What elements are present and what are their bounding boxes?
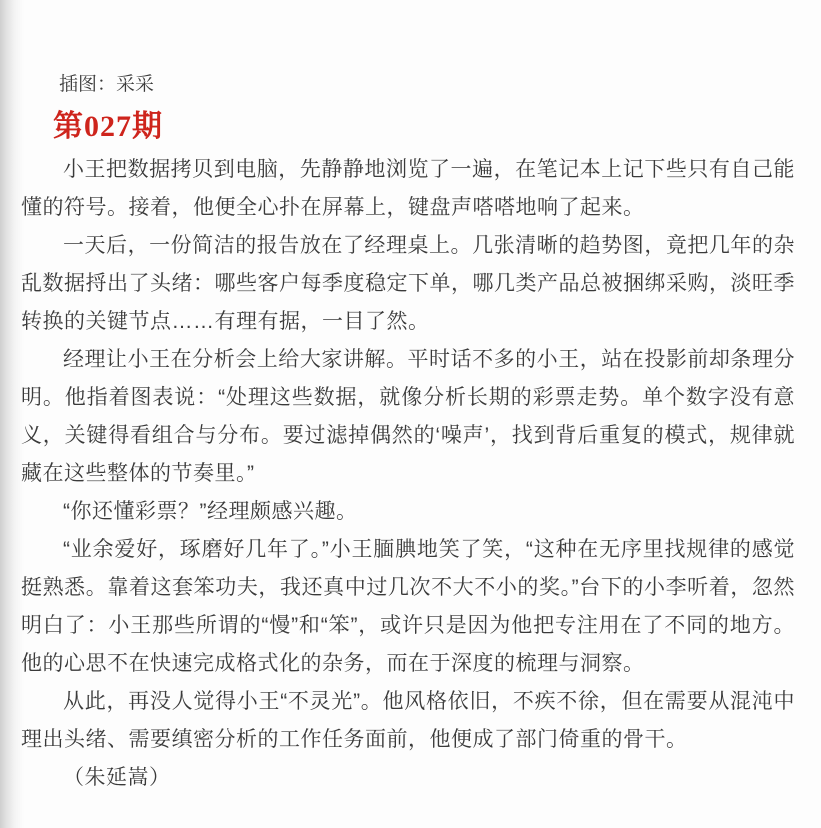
issue-title: 第027期 <box>21 110 795 144</box>
article-paragraph: “你还懂彩票？”经理颇感兴趣。 <box>21 493 795 531</box>
illustration-credit: 插图：采采 <box>21 74 795 96</box>
article-paragraph: “业余爱好，琢磨好几年了。”小王腼腆地笑了笑，“这种在无序里找规律的感觉挺熟悉。… <box>21 531 795 683</box>
author-line: （朱延嵩） <box>21 759 795 797</box>
article-body: 小王把数据拷贝到电脑，先静静地浏览了一遍，在笔记本上记下些只有自己能懂的符号。接… <box>21 151 795 759</box>
article-paragraph: 从此，再没人觉得小王“不灵光”。他风格依旧，不疾不徐，但在需要从混沌中理出头绪、… <box>21 683 795 759</box>
page-container: 插图：采采 第027期 小王把数据拷贝到电脑，先静静地浏览了一遍，在笔记本上记下… <box>0 0 821 828</box>
article-paragraph: 经理让小王在分析会上给大家讲解。平时话不多的小王，站在投影前却条理分明。他指着图… <box>21 341 795 493</box>
article-paragraph: 小王把数据拷贝到电脑，先静静地浏览了一遍，在笔记本上记下些只有自己能懂的符号。接… <box>21 151 795 227</box>
article-paragraph: 一天后，一份简洁的报告放在了经理桌上。几张清晰的趋势图，竟把几年的杂乱数据捋出了… <box>21 227 795 341</box>
article-content: 插图：采采 第027期 小王把数据拷贝到电脑，先静静地浏览了一遍，在笔记本上记下… <box>0 0 821 797</box>
